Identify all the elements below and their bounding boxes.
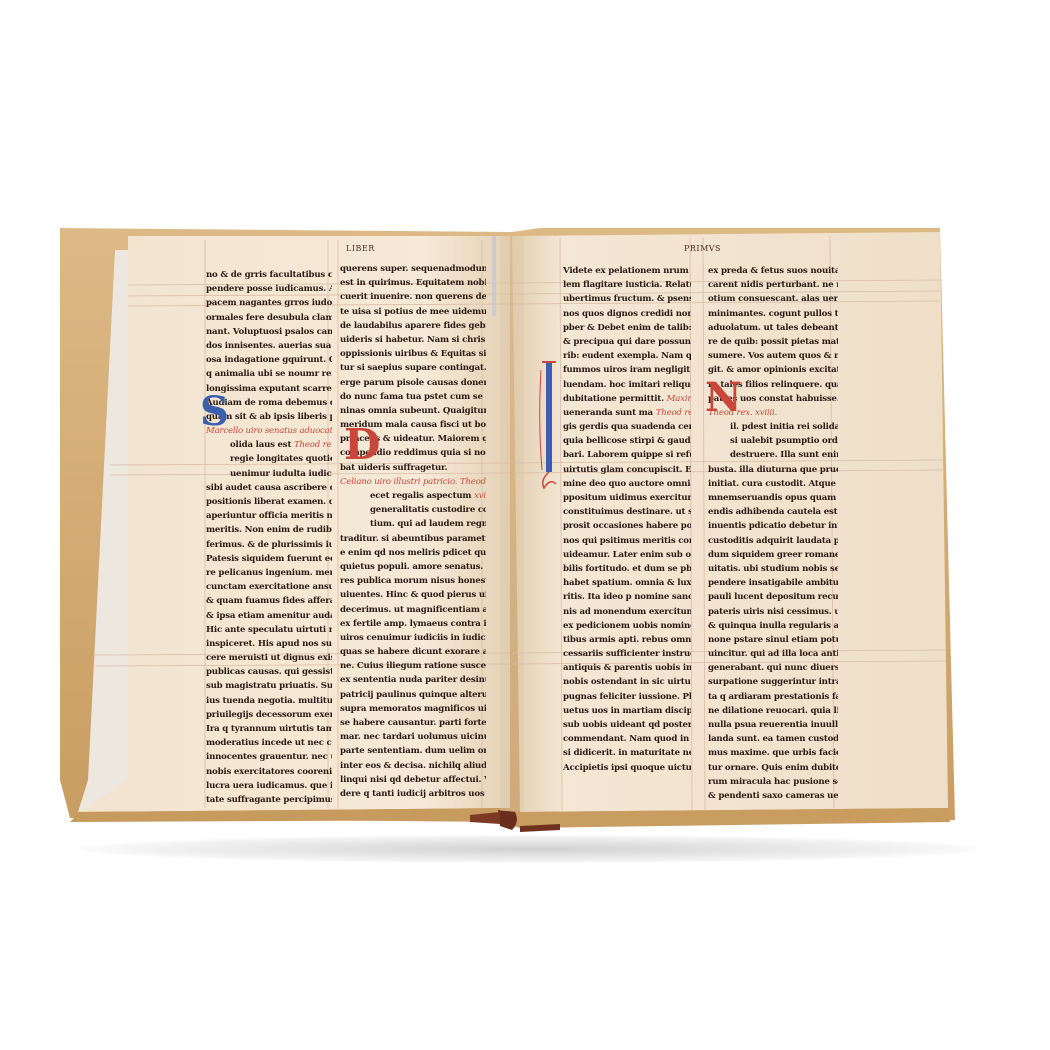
- text-line: positionis liberat examen. quia ubi: [206, 495, 332, 509]
- text-line: mar. nec tardari uolumus uicinus qp: [340, 730, 486, 744]
- text-line: gis gerdis qua suadenda certamina.: [563, 420, 691, 434]
- text-line: pateris uiris nisi cessimus. ut magni: [708, 605, 838, 619]
- text-line: parte sententiam. dum uelim omnia: [340, 744, 486, 758]
- text-line: sumere. Vos autem quos & natura eri: [708, 349, 838, 363]
- text-line: rib: eudent exempla. Nam qui ni: [563, 349, 691, 363]
- text-line: uiros cenuimur iudiciis in iudicio uis: [340, 631, 486, 645]
- text-line: ueneranda sunt ma Theod rex. xviii.: [563, 406, 691, 420]
- text-line: mus maxime. que urbis faciem uiden: [708, 746, 838, 760]
- text-line: innocentes grauentur. nec ueritas pericu…: [206, 750, 332, 764]
- text-line: q animalia ubi se noumr reingere.: [206, 367, 332, 381]
- text-line: carent nidis perturbant. ne molle: [708, 278, 838, 292]
- text-line: fummos uiros iram negligit abuo: [563, 363, 691, 377]
- text-line: ne. Cuius iliegum ratione susceptis: [340, 659, 486, 673]
- text-line: cere meruisti ut dignus existeres ad: [206, 651, 332, 665]
- initial-s: S: [200, 392, 229, 432]
- text-line: ius tuenda negotia. multitudis officij: [206, 694, 332, 708]
- text-line: res publica morum nisus honestate: [340, 574, 486, 588]
- text-line: nulla psua reuerentia inuullo uio: [708, 718, 838, 732]
- text-line: nobis ostendant in sic uirtute. & nam: [563, 675, 691, 689]
- text-line: ta q ardiaram prestationis facies si: [708, 690, 838, 704]
- text-line: & quinqua inulla regularis annua illa: [708, 619, 838, 633]
- text-line: quia bellicose stirpi & gaudium compro: [563, 434, 691, 448]
- text-line: ormales fere desubula clamosa feli: [206, 311, 332, 325]
- text-line: pauli lucent depositum recuperatur. ne: [708, 590, 838, 604]
- text-line: oppissionis uiribus & Equitas si credi: [340, 347, 486, 361]
- text-line: pendere insatigabile ambitus ere: [708, 576, 838, 590]
- text-line: Accipietis ipsi quoque uictus semper: [563, 761, 691, 775]
- running-head-right: PRIMVS: [684, 244, 721, 253]
- text-line: busta. illa diuturna que prudentia: [708, 463, 838, 477]
- text-line: meritis. Non enim de rudibus senemus: [206, 523, 332, 537]
- text-line: & precipua qui dare possunt nunc: [563, 335, 691, 349]
- text-line: nos qui psitimus meritis commisisse: [563, 534, 691, 548]
- text-line: commendant. Nam quod in iuuentute: [563, 732, 691, 746]
- text-line: uideamur. Later enim sub otio lauda: [563, 548, 691, 562]
- text-line: traditur. si abeuntibus parametur. Qa: [340, 532, 486, 546]
- text-line: quietus populi. amore senatus. coniup: [340, 560, 486, 574]
- text-line: uenimur iudulta iudicius. ne: [206, 467, 332, 481]
- text-line: uirtutis glam concupiscit. Et ideo ni: [563, 463, 691, 477]
- text-line: sub uobis uideant qd posteris referre: [563, 718, 691, 732]
- text-line: mine deo quo auctore omnia psperant.: [563, 477, 691, 491]
- text-line: cunctam exercitatione ansurent. etque: [206, 580, 332, 594]
- text-line: nant. Voluptuosi psalos campos hi: [206, 325, 332, 339]
- text-line: surpatione suggerintur intrasis. Cur: [708, 675, 838, 689]
- text-line: Ira q tyrannum uirtutis tamentem: [206, 722, 332, 736]
- text-line: ex fertile amp. lymaeus contra illustres: [340, 617, 486, 631]
- text-line: landa sunt. ea tamen custodiri uolu: [708, 732, 838, 746]
- text-line: tium. qui ad laudem regnantis: [340, 517, 486, 531]
- text-line: pugnas feliciter iussione. Placet ni: [563, 690, 691, 704]
- text-line: rum miracula hac pusione seruata.: [708, 775, 838, 789]
- spine-leather: [498, 810, 517, 830]
- text-line: destruere. Illa sunt enim ro: [708, 448, 838, 462]
- right-column-b: ex preda & fetus suos nouitate mar caren…: [708, 264, 838, 803]
- text-line: do nunc fama tua pstet cum se comu: [340, 390, 486, 404]
- text-line: osa indagatione gquirunt. Cuncta: [206, 353, 332, 367]
- text-line: nis ad monendum exercitum ut ad: [563, 605, 691, 619]
- text-line: ubertimus fructum. & psens defecera: [563, 292, 691, 306]
- text-line: ex sententia nuda pariter desinunt. ut: [340, 673, 486, 687]
- text-line: decerimus. ut magnificentiam apparet: [340, 603, 486, 617]
- text-line: bilis fortitudo. et dum se pbandi non: [563, 562, 691, 576]
- text-line: linqui nisi qd debetur affectui. Vi: [340, 773, 486, 787]
- text-line: ninas omnia subeunt. Quaigitur si: [340, 404, 486, 418]
- text-line: de laudabilus aparere fides gebirur est: [340, 319, 486, 333]
- text-line: inter eos & decisa. nichilq aliud re: [340, 759, 486, 773]
- text-line: ne dilatione reuocari. quia licet nisi: [708, 704, 838, 718]
- text-line: sibi audet causa ascribere qd bone dis: [206, 481, 332, 495]
- left-column-a: no & de grris facultatibus cum im pender…: [206, 268, 332, 807]
- text-line: re de quib: possit pietas materna pre: [708, 335, 838, 349]
- text-line: dere q tanti iudicij arbitros uos electo: [340, 787, 486, 801]
- text-line: se habere causantur. parti forte dep: [340, 716, 486, 730]
- text-line: antiquis & parentis uobis in: [563, 661, 691, 675]
- text-line: si ualebit psumptio ordinata: [708, 434, 838, 448]
- text-line: publicas causas. qui gessisti huctenus: [206, 665, 332, 679]
- text-line: ritis. Ita ideo p nomine sanone: [563, 590, 691, 604]
- initial-n: N: [705, 378, 742, 418]
- text-line: dubitatione permittit. Maximino uiro ill…: [563, 392, 691, 406]
- text-line: cessariis sufficienter instructi. sicut: [563, 647, 691, 661]
- text-line: custoditis adquirit laudata pfectio. Vn: [708, 534, 838, 548]
- text-line: quas se habere dicunt exorare actio: [340, 645, 486, 659]
- text-line: cuerit inuenire. non querens de poterita: [340, 290, 486, 304]
- text-line: il. pdest initia rei solidare: [708, 420, 838, 434]
- text-line: ferimus. & de plurissimis iudicamus.: [206, 538, 332, 552]
- text-line: constituimus destinare. ut simul et ubi: [563, 505, 691, 519]
- text-line: aperiuntur officia meritis nil debetur: [206, 509, 332, 523]
- text-line: dos innisentes. auerias sua sua thedi: [206, 339, 332, 353]
- text-line: e enim qd nos meliris pdicet quam: [340, 546, 486, 560]
- text-line: priuilegijs decessorum exempla sentis: [206, 708, 332, 722]
- text-line: nos quos dignos credidi non impart: [563, 307, 691, 321]
- ribbon-marker: [492, 236, 496, 316]
- text-line: nobis exercitatores coorenitur. Illa eni…: [206, 765, 332, 779]
- text-line: generabant. qui nunc diuersarum in: [708, 661, 838, 675]
- text-line: generalitatis custodire consor: [340, 503, 486, 517]
- text-line: minimantes. cogunt pullos teneros: [708, 307, 838, 321]
- text-line: si didicerit. in maturitate nescitur.: [563, 746, 691, 760]
- text-line: re pelicanus ingenium. memoria fi: [206, 566, 332, 580]
- running-head-left: LIBER: [346, 244, 375, 253]
- initial-d: D: [344, 424, 380, 466]
- text-line: dum siquidem greer romane moenia ci: [708, 548, 838, 562]
- text-line: habet spatium. omnia & lux tota me: [563, 576, 691, 590]
- text-line: ppositum uidimus exercitum ad gallias: [563, 491, 691, 505]
- text-line: initiat. cura custodit. Atque ideo maior: [708, 477, 838, 491]
- text-line: inspiceret. His apud nos suffragijs pla: [206, 637, 332, 651]
- text-line: lucra uera iudicamus. que integri: [206, 779, 332, 793]
- text-line: Hic ante speculatu uirtuti nil sensus: [206, 623, 332, 637]
- text-line: bari. Laborem quippe si refugit. qui: [563, 448, 691, 462]
- text-line: endis adhibenda cautela est. quia de: [708, 505, 838, 519]
- text-line: Patesis siquidem fuerunt eoet multiplia: [206, 552, 332, 566]
- text-line: pendere posse iudicamus. Ancs ipse: [206, 282, 332, 296]
- text-line: sub magistratu priuatis. Sume q fisci: [206, 679, 332, 693]
- text-line: querens super. sequenadmodum um: [340, 262, 486, 276]
- text-line: uetus uos in martiam disciplinam.: [563, 704, 691, 718]
- text-line: otium consuescant. alas uerberant: [708, 292, 838, 306]
- rubric: Celiano uiro illustri patricio. Theod re…: [340, 475, 486, 489]
- text-line: est in quirimus. Equitatem nobis pla: [340, 276, 486, 290]
- text-line: & quam fuamus fides afferant fructus.: [206, 594, 332, 608]
- text-line: supra memoratos magnificos uiros: [340, 702, 486, 716]
- text-line: tate suffragante percipimus. Non q: [206, 793, 332, 807]
- text-line: uitatis. ubi studium nobis semp im: [708, 562, 838, 576]
- text-line: tibus armis apti. rebus omnib: ne: [563, 633, 691, 647]
- open-book: [0, 0, 1050, 1050]
- text-line: aduolatum. ut tales debeant existe: [708, 321, 838, 335]
- text-line: erge parum pisole causas donemus. qui: [340, 376, 486, 390]
- text-line: lem flagitare iusticia. Relatum gijs: [563, 278, 691, 292]
- text-line: regie longitates quotiens con: [206, 452, 332, 466]
- text-line: ex preda & fetus suos nouitate mar: [708, 264, 838, 278]
- left-column-b: querens super. sequenadmodum um est in q…: [340, 262, 486, 801]
- text-line: no & de grris facultatibus cum im: [206, 268, 332, 282]
- text-line: patricij paulinus quinque alterum: [340, 688, 486, 702]
- text-line: tur si saepius supare contingat. Non: [340, 361, 486, 375]
- text-line: pacem nagantes grros iudos amant.: [206, 296, 332, 310]
- text-line: luendam. hoc imitari reliquos sine: [563, 378, 691, 392]
- text-line: none pstare sinul etiam potuit.: [708, 633, 838, 647]
- text-line: & ipsa etiam amenitur auda regnanti.: [206, 609, 332, 623]
- text-line: tur ornare. Quis enim dubitet fabrica: [708, 761, 838, 775]
- text-line: olida laus est Theod rex. xvi.: [206, 438, 332, 452]
- text-line: pber & Debet enim de talib: uiris exira: [563, 321, 691, 335]
- text-line: mnemseruandis opus quam in inueni: [708, 491, 838, 505]
- text-line: uideris si habetur. Nam si chris unor: [340, 333, 486, 347]
- text-line: moderatius incede ut nec calumpnia: [206, 736, 332, 750]
- text-line: ex pedicionem uobis nomine mox: [563, 619, 691, 633]
- text-line: uincitur. qui ad illa loca antiquitati: [708, 647, 838, 661]
- text-line: prosit occasiones habere possitis. et: [563, 519, 691, 533]
- text-line: ecet regalis aspectum xvii.: [340, 489, 486, 503]
- text-line: uiuentes. Hinc & quod pierus uirtute: [340, 588, 486, 602]
- text-line: Videte ex pelationem nrum equabi: [563, 264, 691, 278]
- text-line: te uisa si potius de mee uidemus. qsi: [340, 305, 486, 319]
- initial-i: [538, 360, 560, 490]
- text-line: & pendenti saxo cameras ue: [708, 789, 838, 803]
- text-line: inuentis pdicatio debetur inuento de: [708, 519, 838, 533]
- right-column-a: Videte ex pelationem nrum equabi lem fla…: [563, 264, 691, 775]
- photo-scene: LIBER PRIMVS no & de grris facultatibus …: [0, 0, 1050, 1050]
